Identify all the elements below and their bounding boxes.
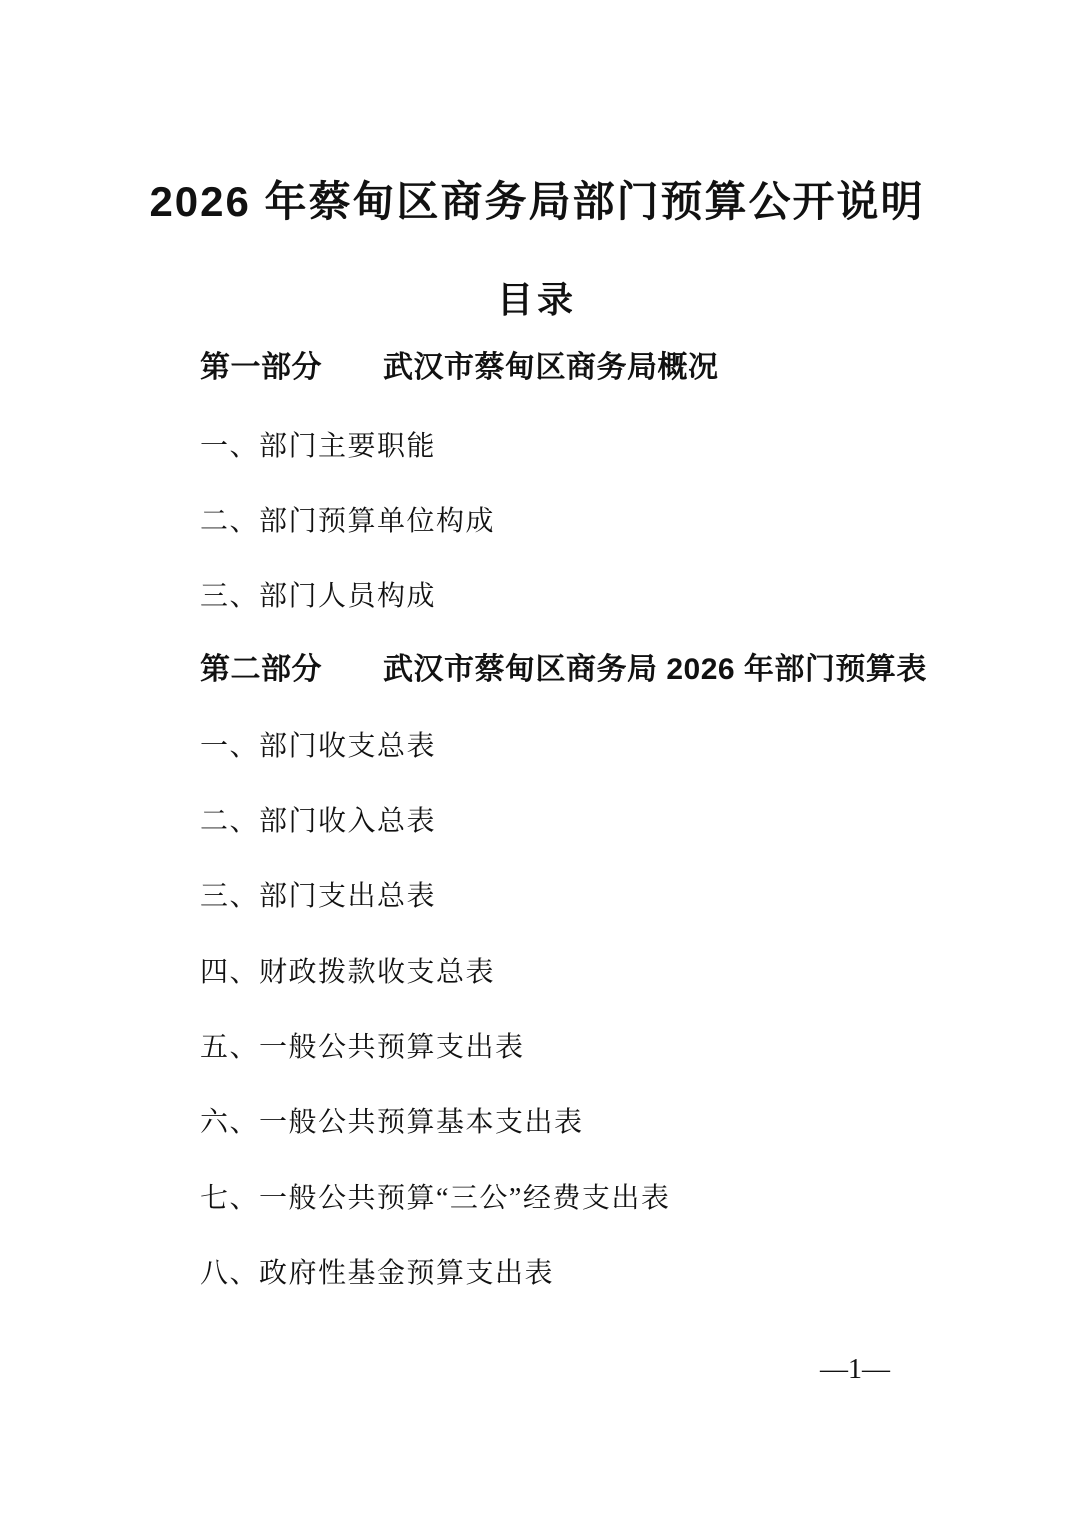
page-number: —1— <box>820 1352 890 1388</box>
document-title: 2026 年蔡甸区商务局部门预算公开说明 <box>0 176 1074 228</box>
toc-item: 七、一般公共预算“三公”经费支出表 <box>200 1181 670 1217</box>
toc-item: 二、部门预算单位构成 <box>200 504 495 540</box>
toc-heading: 目录 <box>0 277 1074 323</box>
section-1-heading: 第一部分 武汉市蔡甸区商务局概况 <box>200 349 719 387</box>
toc-item: 二、部门收入总表 <box>200 804 436 840</box>
toc-item: 三、部门人员构成 <box>200 579 436 615</box>
toc-item: 五、一般公共预算支出表 <box>200 1030 525 1066</box>
toc-item: 四、财政拨款收支总表 <box>200 955 495 991</box>
document-page: 2026 年蔡甸区商务局部门预算公开说明 目录 第一部分 武汉市蔡甸区商务局概况… <box>0 0 1074 1520</box>
toc-item: 三、部门支出总表 <box>200 879 436 915</box>
toc-item: 八、政府性基金预算支出表 <box>200 1256 554 1292</box>
toc-item: 一、部门收支总表 <box>200 729 436 765</box>
section-2-heading: 第二部分 武汉市蔡甸区商务局 2026 年部门预算表 <box>200 651 927 689</box>
toc-item: 一、部门主要职能 <box>200 429 436 465</box>
toc-item: 六、一般公共预算基本支出表 <box>200 1105 584 1141</box>
